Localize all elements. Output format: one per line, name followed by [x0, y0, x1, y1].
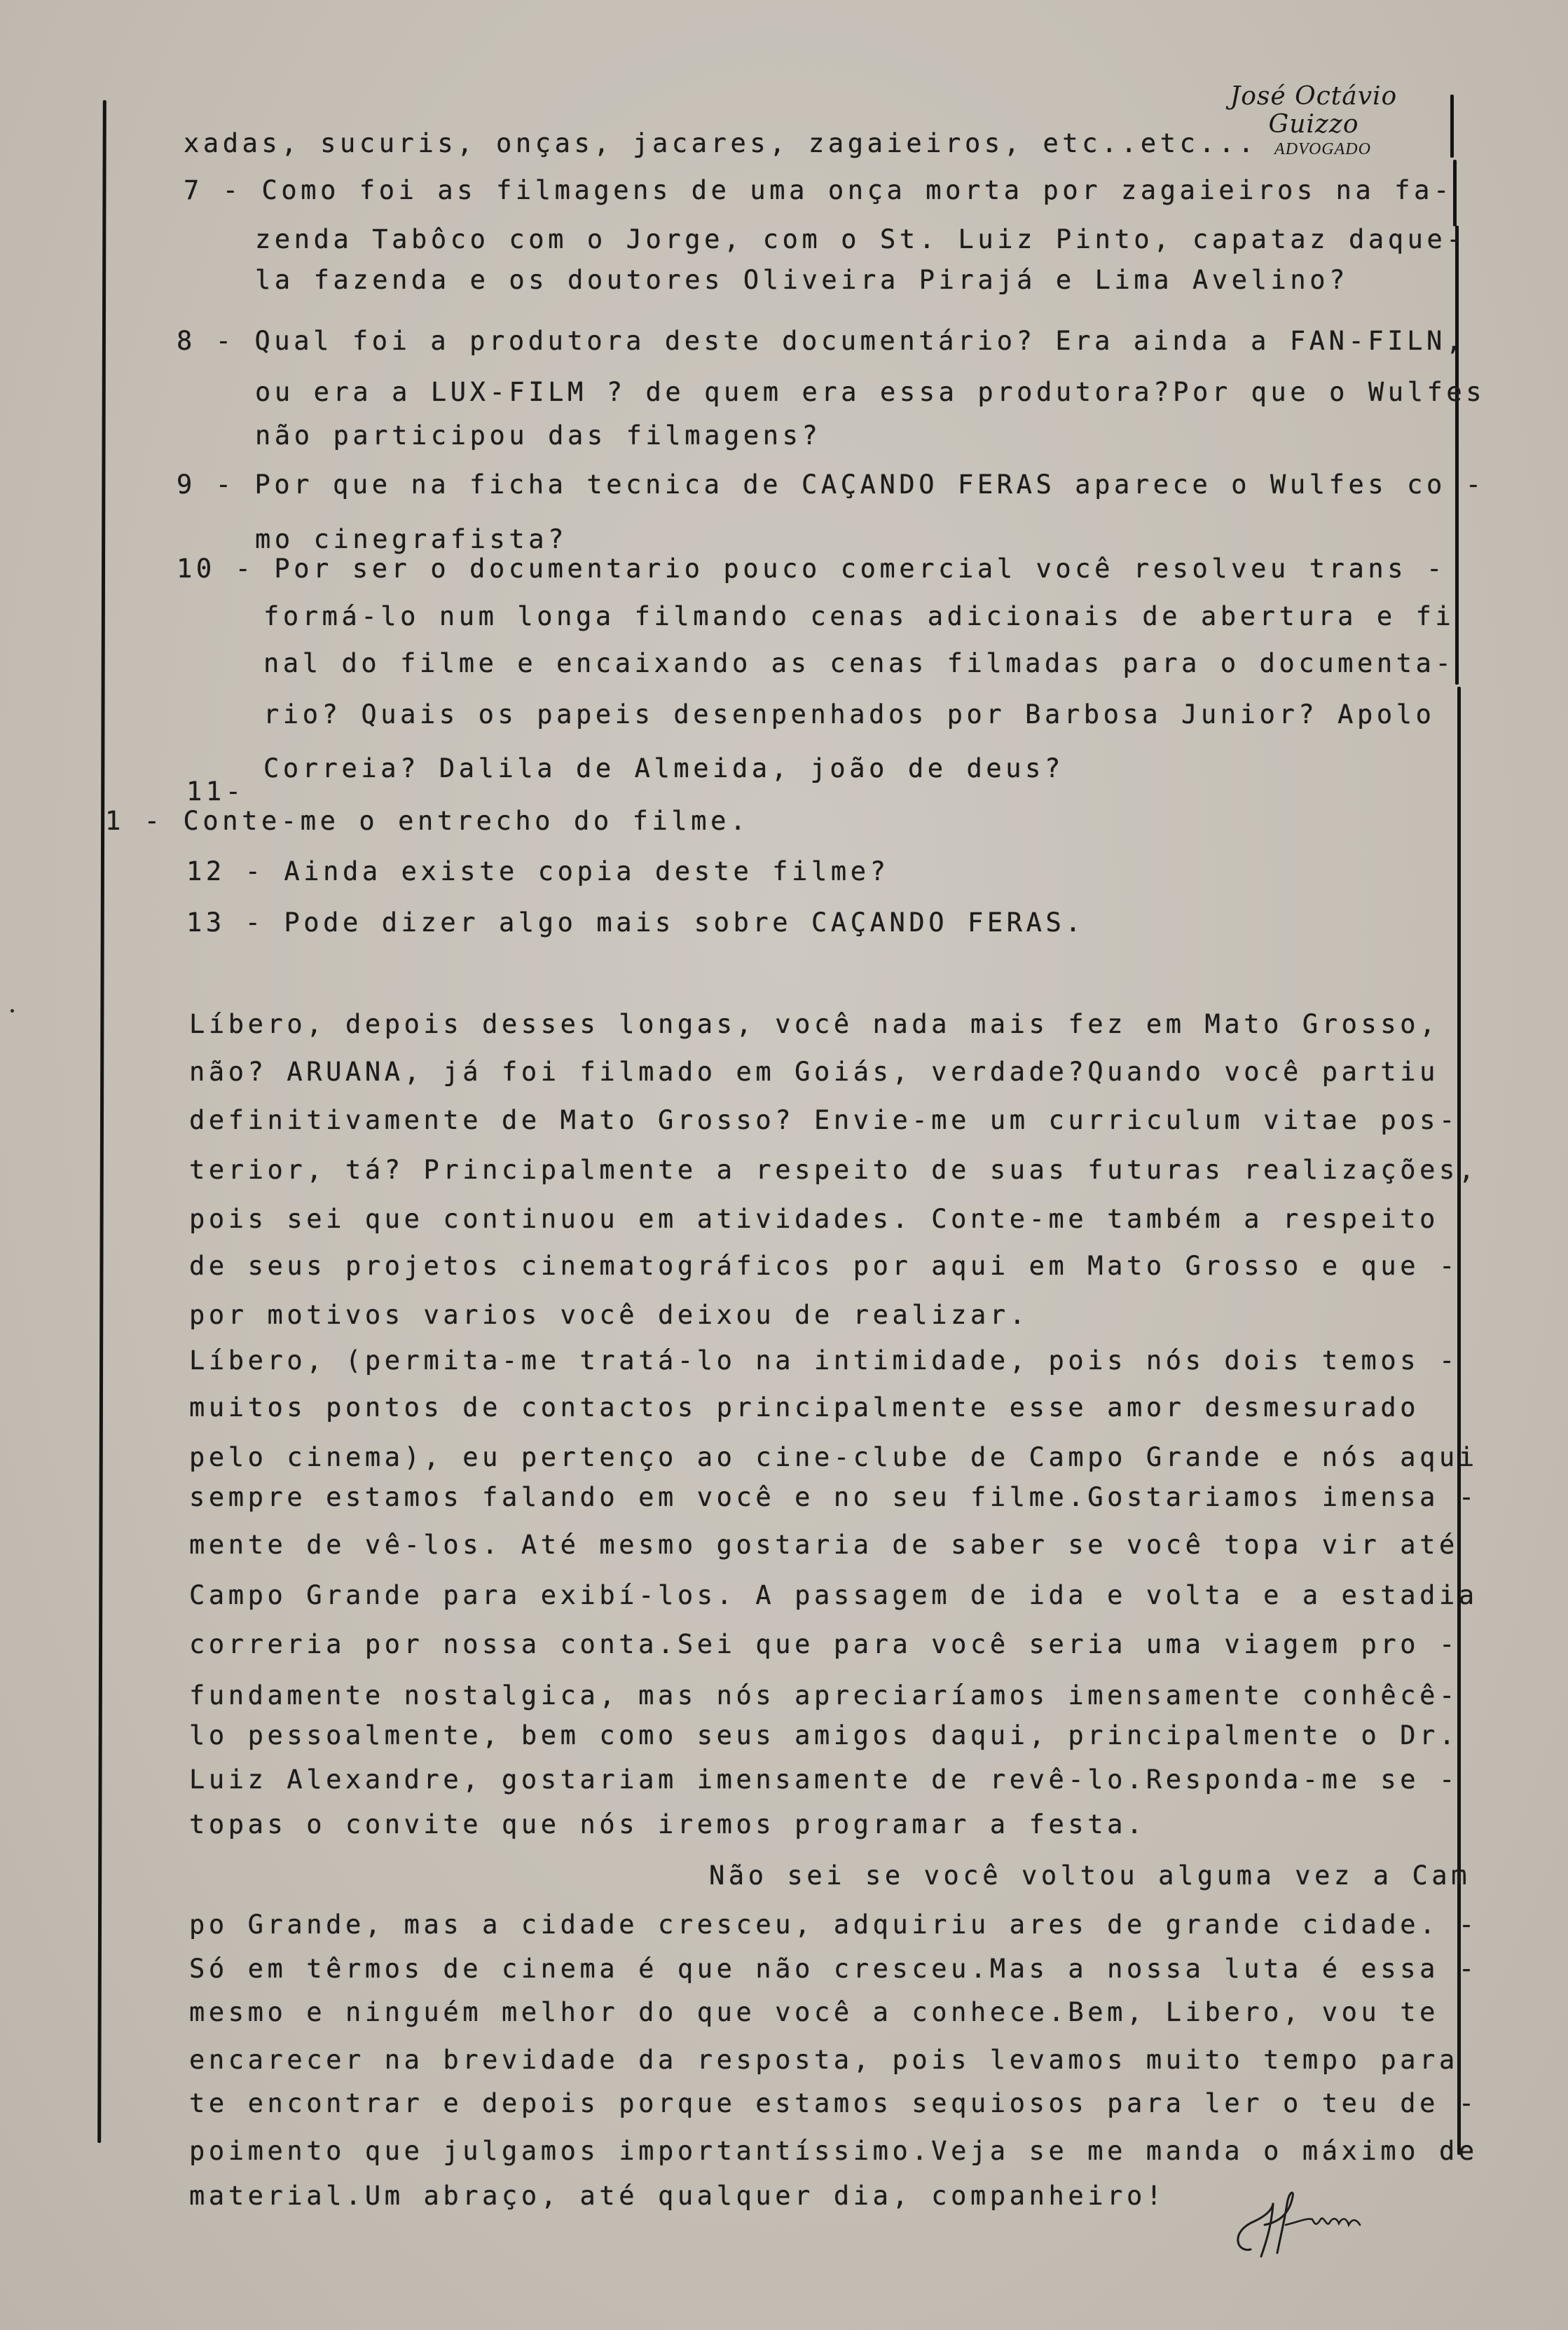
typed-line: encarecer na brevidade da resposta, pois…	[189, 2045, 1459, 2076]
typed-line: nal do filme e encaixando as cenas filma…	[263, 648, 1454, 679]
typed-line: Luiz Alexandre, gostariam imensamente de…	[189, 1764, 1459, 1795]
typed-line: Campo Grande para exibí-los. A passagem …	[189, 1580, 1478, 1611]
left-margin-rule	[97, 100, 106, 2143]
typed-line: rio? Quais os papeis desenpenhados por B…	[263, 699, 1436, 730]
right-margin-rule	[1455, 226, 1459, 685]
typed-line: lo pessoalmente, bem como seus amigos da…	[189, 1720, 1459, 1751]
typed-line: 9 - Por que na ficha tecnica de CAÇANDO …	[177, 470, 1485, 500]
typed-line: 13 - Pode dizer algo mais sobre CAÇANDO …	[186, 907, 1085, 938]
typed-line: sempre estamos falando em você e no seu …	[189, 1482, 1478, 1513]
typed-line: topas o convite que nós iremos programar…	[189, 1809, 1146, 1840]
typed-line: Líbero, depois desses longas, você nada …	[189, 1009, 1439, 1040]
typed-line: 1 - Conte-me o entrecho do filme.	[105, 806, 750, 837]
typed-line: não participou das filmagens?	[255, 420, 821, 451]
typed-line: terior, tá? Principalmente a respeito de…	[189, 1155, 1478, 1186]
typed-line: Só em têrmos de cinema é que não cresceu…	[189, 1954, 1478, 1985]
typed-line: não? ARUANA, já foi filmado em Goiás, ve…	[189, 1057, 1439, 1088]
signature-icon	[1223, 2183, 1384, 2260]
typed-line: formá-lo num longa filmando cenas adicio…	[263, 601, 1454, 632]
typed-line: 11-	[186, 776, 245, 807]
letter-page: José Octávio Guizzo ADVOGADO xadas, sucu…	[0, 0, 1568, 2330]
typed-line: muitos pontos de contactos principalment…	[189, 1392, 1419, 1423]
typed-line: 10 - Por ser o documentario pouco comerc…	[177, 554, 1446, 584]
typed-line: de seus projetos cinematográficos por aq…	[189, 1251, 1459, 1282]
typed-line: material.Um abraço, até qualquer dia, co…	[189, 2181, 1166, 2212]
typed-line: zenda Tabôco com o Jorge, com o St. Luiz…	[255, 224, 1466, 255]
typed-line: 12 - Ainda existe copia deste filme?	[186, 856, 890, 887]
typed-line: po Grande, mas a cidade cresceu, adquiri…	[189, 1910, 1478, 1940]
right-margin-rule	[1453, 160, 1457, 226]
typed-line: mo cinegrafista?	[255, 524, 568, 555]
typed-line: mente de vê-los. Até mesmo gostaria de s…	[189, 1530, 1459, 1561]
typed-line: la fazenda e os doutores Oliveira Pirajá…	[255, 265, 1349, 296]
typed-line: Não sei se você voltou alguma vez a Cam	[709, 1860, 1471, 1891]
typed-line: mesmo e ninguém melhor do que você a con…	[189, 1997, 1439, 2028]
typed-line: 8 - Qual foi a produtora deste documentá…	[177, 326, 1466, 357]
typed-line: pelo cinema), eu pertenço ao cine-clube …	[189, 1442, 1478, 1473]
typed-line: Correia? Dalila de Almeida, joão de deus…	[263, 753, 1064, 784]
typed-line: 7 - Como foi as filmagens de uma onça mo…	[184, 175, 1453, 206]
typed-line: pois sei que continuou em atividades. Co…	[189, 1204, 1439, 1235]
typed-line: poimento que julgamos importantíssimo.Ve…	[189, 2136, 1478, 2167]
typed-line: correria por nossa conta.Sei que para vo…	[189, 1629, 1459, 1660]
typed-line: ou era a LUX-FILM ? de quem era essa pro…	[255, 377, 1485, 408]
typed-line: te encontrar e depois porque estamos seq…	[189, 2088, 1478, 2119]
typed-line: por motivos varios você deixou de realiz…	[189, 1300, 1029, 1331]
typed-line: definitivamente de Mato Grosso? Envie-me…	[189, 1105, 1459, 1136]
paper-speck	[11, 1009, 14, 1013]
typed-line: fundamente nostalgica, mas nós apreciarí…	[189, 1680, 1459, 1711]
typed-line: Líbero, (permita-me tratá-lo na intimida…	[189, 1345, 1459, 1376]
typed-line: xadas, sucuris, onças, jacares, zagaieir…	[184, 128, 1258, 159]
right-margin-rule	[1450, 95, 1454, 158]
